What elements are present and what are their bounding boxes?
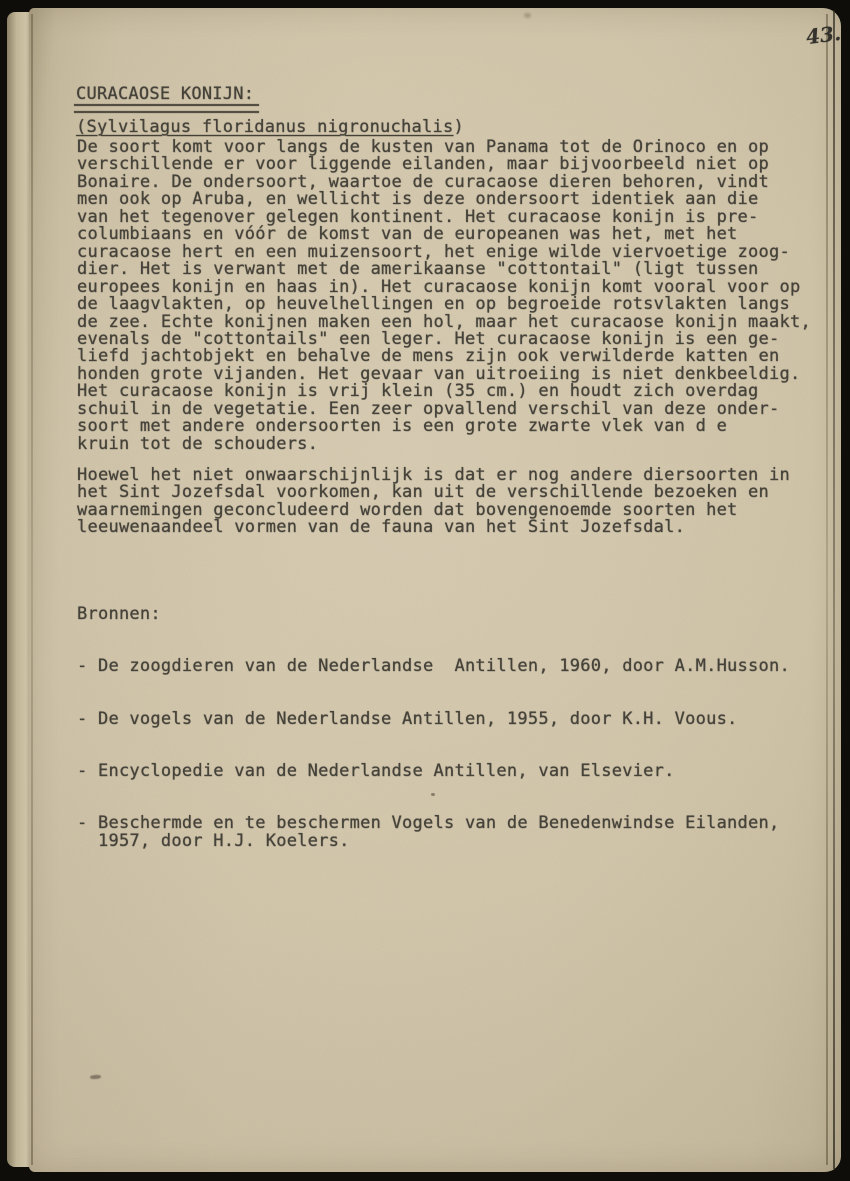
book-scan: 43. CURACAOSE KONIJN: (Sylvilagus florid… — [0, 0, 850, 1181]
species-close-paren: ) — [453, 117, 464, 137]
species-latin-name-underlined: (Sylvilagus floridanus nigronuchalis — [76, 117, 453, 137]
title-underline-second — [74, 111, 259, 113]
scan-smudge — [524, 13, 531, 18]
handwritten-page-number: 43. — [805, 21, 842, 49]
paragraph-species-description: De soort komt voor langs de kusten van P… — [77, 139, 811, 453]
ink-speck — [431, 793, 435, 796]
title-underline — [74, 104, 259, 106]
gutter-crease-line — [31, 14, 33, 1165]
sources-section: Bronnen: - De zoogdieren van de Nederlan… — [77, 571, 790, 885]
source-item: - Beschermde en te beschermen Vogels van… — [77, 815, 790, 850]
page-stack-edge-line — [833, 10, 835, 1169]
sources-heading: Bronnen: — [77, 606, 790, 623]
page-stack-edge-line — [826, 14, 828, 1165]
species-latin-name: (Sylvilagus floridanus nigronuchalis) — [76, 119, 464, 136]
source-item: - De vogels van de Nederlandse Antillen,… — [77, 711, 790, 728]
source-item: - De zoogdieren van de Nederlandse Antil… — [77, 658, 790, 675]
article-title: CURACAOSE KONIJN: — [76, 86, 254, 103]
source-item: - Encyclopedie van de Nederlandse Antill… — [77, 763, 790, 780]
paragraph-conclusion: Hoewel het niet onwaarschijnlijk is dat … — [77, 467, 790, 537]
